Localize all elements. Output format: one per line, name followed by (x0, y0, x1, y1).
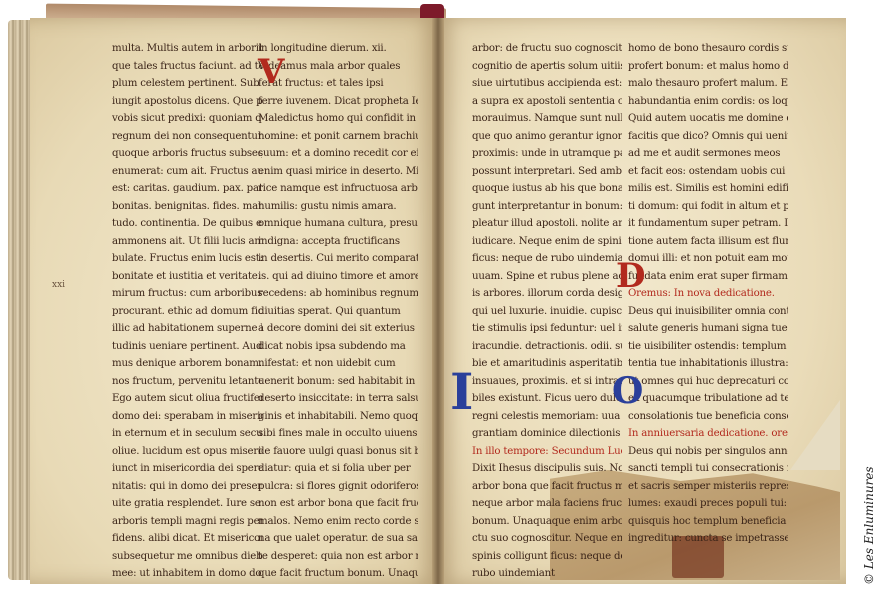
text-line: quisquis hoc templum beneficia petiturus (628, 513, 788, 531)
text-line: insuaues, proximis. et si intracta (472, 373, 622, 391)
image-credit: © Les Enluminures (862, 466, 876, 585)
text-line: Deus qui nobis per singulos annos huius (628, 443, 788, 461)
text-line: humilis: gustu nimis amara. (258, 198, 418, 216)
text-line: oliue. lucidum est opus misericordie: et… (112, 443, 262, 461)
text-line: tudo. continentia. De quibus et alias (112, 215, 262, 233)
text-line: sancti templi tui consecrationis reparas… (628, 460, 788, 478)
text-line: milis est. Similis est homini edifican (628, 180, 788, 198)
text-line: qui uel luxurie. inuidie. cupiscen (472, 303, 622, 321)
text-line: ferre iuvenem. Dicat propheta Ieremias. (258, 93, 418, 111)
text-line: non est arbor bona que facit fructus (258, 495, 418, 513)
text-line: malos. Nemo enim recto corde si bo (258, 513, 418, 531)
text-line: plum celestem pertinent. Sub (112, 75, 262, 93)
text-line: est: caritas. gaudium. pax. patientia. (112, 180, 262, 198)
text-line: bie et amaritudinis asperitatibus (472, 355, 622, 373)
text-line: arbor bona que facit fructus malos: (472, 478, 622, 496)
text-line: tie uisibiliter ostendis: templum hoc po (628, 338, 788, 356)
text-line: ex quacumque tribulatione ad te clamauer… (628, 390, 788, 408)
text-line: multa. Multis autem in arboribus (112, 40, 262, 58)
text-line: diatur: quia et si folia uber per (258, 460, 418, 478)
text-line: possunt interpretari. Sed ambigua (472, 163, 622, 181)
text-line: In anniuersaria dedicatione. oremus: (628, 425, 788, 443)
text-line: bonum. Unaquaque enim arbor: de fru (472, 513, 622, 531)
text-line: iracundie. detractionis. odii. sup (472, 338, 622, 356)
text-line: proximis: unde in utramque partem (472, 145, 622, 163)
text-line: de fauore uulgi quasi bonus sit blan (258, 443, 418, 461)
text-line: Quid autem uocatis me domine domine. et … (628, 110, 788, 128)
text-line: cognitio de apertis solum uitiis (472, 58, 622, 76)
text-line: ut omnes qui huc deprecaturi conueniunt: (628, 373, 788, 391)
text-line: na que ualet operatur. de sua salu (258, 530, 418, 548)
text-line: domui illi: et non potuit eam mouere. (628, 250, 788, 268)
text-line: que tales fructus faciunt. ad tem (112, 58, 262, 76)
text-line: lumes: exaudi preces populi tui: et pres… (628, 495, 788, 513)
text-line: quoque iustus ab his que bona dili (472, 180, 622, 198)
text-line: indigna: accepta fructificans (258, 233, 418, 251)
text-line: is. qui ad diuino timore et amore (258, 268, 418, 286)
text-line: ingreditur: cuncta se impetrasse letetur… (628, 530, 788, 548)
text-line: ti domum: qui fodit in altum et posu (628, 198, 788, 216)
text-line: subsequetur me omnibus diebus uite (112, 548, 262, 566)
text-line: te desperet: quia non est arbor mala. (258, 548, 418, 566)
decorated-initial-d: D (616, 256, 645, 296)
text-line: mirum fructus: cum arboribus equibus (112, 285, 262, 303)
left-column-2: in longitudine dierum. xii.Videamus mala… (258, 40, 418, 583)
text-line: salute generis humani signa tue poten (628, 320, 788, 338)
text-line: mus denique arborem bonam.Iobo (112, 355, 262, 373)
text-line: iungit apostolus dicens. Que predico (112, 93, 262, 111)
text-line: nos fructum, pervenitu letantem, (112, 373, 262, 391)
text-line: Deus qui inuisibiliter omnia contines et… (628, 303, 788, 321)
text-line: ctu suo cognoscitur. Neque enim de (472, 530, 622, 548)
text-line: nitatis: qui in domo dei presentis (112, 478, 262, 496)
text-line: a decore domini dei sit exterius in (258, 320, 418, 338)
text-line: Dixit Ihesus discipulis suis. Non est (472, 460, 622, 478)
text-line: ammonens ait. Ut filii lucis am (112, 233, 262, 251)
text-line: vobis sicut predixi: quoniam qui talia a… (112, 110, 262, 128)
text-line: in eternum et in seculum seculi. Fructus… (112, 425, 262, 443)
right-column-1: arbor: de fructu suo cognoscitur. Heccog… (472, 40, 622, 583)
text-line: fundata enim erat super firmam petram. (628, 268, 788, 286)
decorated-initial-i: I (450, 362, 473, 421)
text-line: fidens. alibi dicat. Et misericordia eiu… (112, 530, 262, 548)
text-line: Oremus: In nova dedicatione. (628, 285, 788, 303)
text-line: tione autem facta illisum est flumen (628, 233, 788, 251)
text-line: diuitias sperat. Qui quantum (258, 303, 418, 321)
right-column-2: homo de bono thesauro cordis suiprofert … (628, 40, 788, 548)
text-line: tie stimulis ipsi feduntur: uel ire (472, 320, 622, 338)
text-line: illic ad habitationem superne beati (112, 320, 262, 338)
text-line: profert bonum: et malus homo de (628, 58, 788, 76)
text-line: enumerat: cum ait. Fructus autem spiritu… (112, 163, 262, 181)
text-line: gunt interpretantur in bonum: ut im (472, 198, 622, 216)
text-line: dicat nobis ipsa subdendo ma (258, 338, 418, 356)
text-line: rubo uindemiant (472, 565, 622, 583)
text-line: is arbores. illorum corda designant. (472, 285, 622, 303)
text-line: suum: et a domino recedit cor eius. Erit (258, 145, 418, 163)
text-line: iudicare. Neque enim de spinis colligunt (472, 233, 622, 251)
text-line: enim quasi mirice in deserto. Mi (258, 163, 418, 181)
text-line: nifestat: et non uidebit cum (258, 355, 418, 373)
text-line: et facit eos: ostendam uobis cui si (628, 163, 788, 181)
text-line: regnum dei non consequentur. Bone (112, 128, 262, 146)
text-line: grantiam dominice dilectionis signifi (472, 425, 622, 443)
text-line: uuam. Spine et rubus plene aculeis (472, 268, 622, 286)
text-line: ad me et audit sermones meos (628, 145, 788, 163)
text-line: mee: ut inhabitem in domo domini. (112, 565, 262, 583)
left-column-1: multa. Multis autem in arboribusque tale… (112, 40, 262, 583)
text-line: facitis que dico? Omnis qui uenit (628, 128, 788, 146)
decorated-initial-v: V (258, 52, 284, 92)
text-line: uite gratia resplendet. Iure se talis (112, 495, 262, 513)
text-line: arbor: de fructu suo cognoscitur. Hec (472, 40, 622, 58)
text-line: In illo tempore: Secundum Lucam. (472, 443, 622, 461)
text-line: bonitas. benignitas. fides. mansue (112, 198, 262, 216)
text-line: spinis colligunt ficus: neque de (472, 548, 622, 566)
text-line: iunct in misericordia dei sperat in temp… (112, 460, 262, 478)
text-line: it fundamentum super petram. Inunda (628, 215, 788, 233)
text-line: Ego autem sicut oliua fructifera in (112, 390, 262, 408)
text-line: in desertis. Cui merito comparatur (258, 250, 418, 268)
text-line: recedens: ab hominibus regnum ul (258, 285, 418, 303)
text-line: homine: et ponit carnem brachium (258, 128, 418, 146)
text-line: bulate. Fructus enim lucis est: in omni (112, 250, 262, 268)
text-line: procurant. ethic ad domum fiori. et (112, 303, 262, 321)
text-line: domo dei: sperabam in misericordia dei m… (112, 408, 262, 426)
text-line: pulcra: si flores gignit odoriferos: (258, 478, 418, 496)
text-line: siue uirtutibus accipienda est: quali (472, 75, 622, 93)
text-line: ginis et inhabitabili. Nemo quoque (258, 408, 418, 426)
text-line: que quo animo gerantur ignoratur a (472, 128, 622, 146)
text-line: sibi fines male in occulto uiuens (258, 425, 418, 443)
folio-number: xxi (52, 280, 65, 290)
text-line: Maledictus homo qui confidit in (258, 110, 418, 128)
text-line: homo de bono thesauro cordis sui (628, 40, 788, 58)
text-line: ficus: neque de rubo uindemiant (472, 250, 622, 268)
text-line: malo thesauro profert malum. Ex (628, 75, 788, 93)
text-line: arboris templi magni regis pertinere con (112, 513, 262, 531)
text-line: regni celestis memoriam: uua fra (472, 408, 622, 426)
text-line: tentia tue inhabitationis illustra: (628, 355, 788, 373)
text-line: a supra ex apostoli sententia comme (472, 93, 622, 111)
text-line: deserto insiccitate: in terra salsu (258, 390, 418, 408)
text-line: et sacris semper misteriis representas i… (628, 478, 788, 496)
text-line: omnique humana cultura, presus (258, 215, 418, 233)
text-line: bonitate et iustitia et veritate. Ni (112, 268, 262, 286)
text-line: biles existunt. Ficus uero dulcem (472, 390, 622, 408)
text-line: tudinis ueniare pertinent. Audia (112, 338, 262, 356)
text-line: neque arbor mala faciens fructum (472, 495, 622, 513)
text-line: uenerit bonum: sed habitabit in (258, 373, 418, 391)
decorated-initial-o: O (612, 370, 643, 412)
text-line: pleatur illud apostoli. nolite ante temp… (472, 215, 622, 233)
text-line: que facit fructum bonum. Unaquaque (258, 565, 418, 583)
text-line: consolationis tue beneficia consequantur… (628, 408, 788, 426)
book-gutter (432, 18, 444, 584)
text-line: morauimus. Namque sunt nulla. (472, 110, 622, 128)
text-line: habundantia enim cordis: os loquitur. (628, 93, 788, 111)
text-line: quoque arboris fructus subsequenter (112, 145, 262, 163)
text-line: rice namque est infructuosa arbor et (258, 180, 418, 198)
